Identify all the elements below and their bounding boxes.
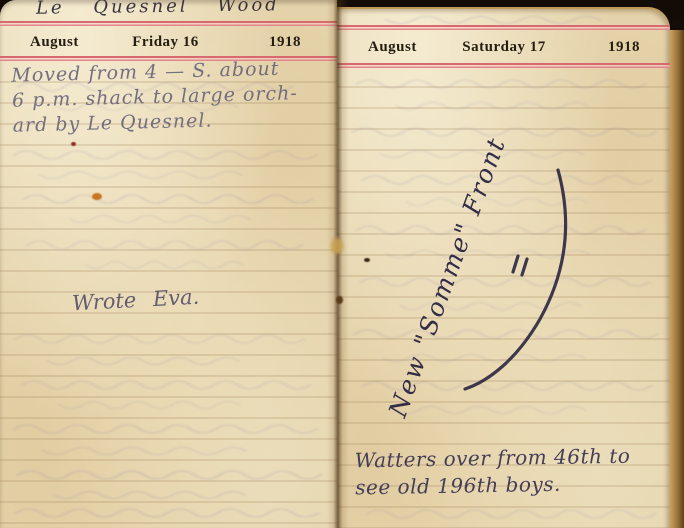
header-rule-top xyxy=(0,21,337,27)
handwritten-entry: Moved from 4 — S. about 6 p.m. shack to … xyxy=(11,56,299,138)
month-label: August xyxy=(30,34,115,51)
diary-page-left: Le Quesnel Wood August Friday 16 1918 Mo… xyxy=(0,0,337,528)
printed-header: August Saturday 17 1918 xyxy=(337,35,670,59)
diary-photo: Le Quesnel Wood August Friday 16 1918 Mo… xyxy=(0,0,684,528)
handwritten-note: Wrote Eva. xyxy=(71,285,199,316)
handwritten-diagonal-note: New "Somme" Front xyxy=(383,133,511,421)
printed-header: August Friday 16 1918 xyxy=(0,30,337,54)
entry-line: Watters over from 46th to xyxy=(355,443,631,475)
header-rule-bottom xyxy=(337,63,670,69)
entry-line: see old 196th boys. xyxy=(355,470,631,502)
handwritten-entry: Watters over from 46th to see old 196th … xyxy=(355,443,631,502)
handwritten-place-annotation: Le Quesnel Wood xyxy=(36,0,280,19)
day-label: Saturday 17 xyxy=(453,39,555,56)
diary-page-right: August Saturday 17 1918 New "Somme" Fron… xyxy=(337,7,670,528)
header-rule-top xyxy=(337,25,670,31)
day-label: Friday 16 xyxy=(115,34,217,51)
month-label: August xyxy=(368,39,453,56)
year-label: 1918 xyxy=(216,34,301,51)
year-label: 1918 xyxy=(555,39,640,56)
page-edge xyxy=(670,30,684,528)
